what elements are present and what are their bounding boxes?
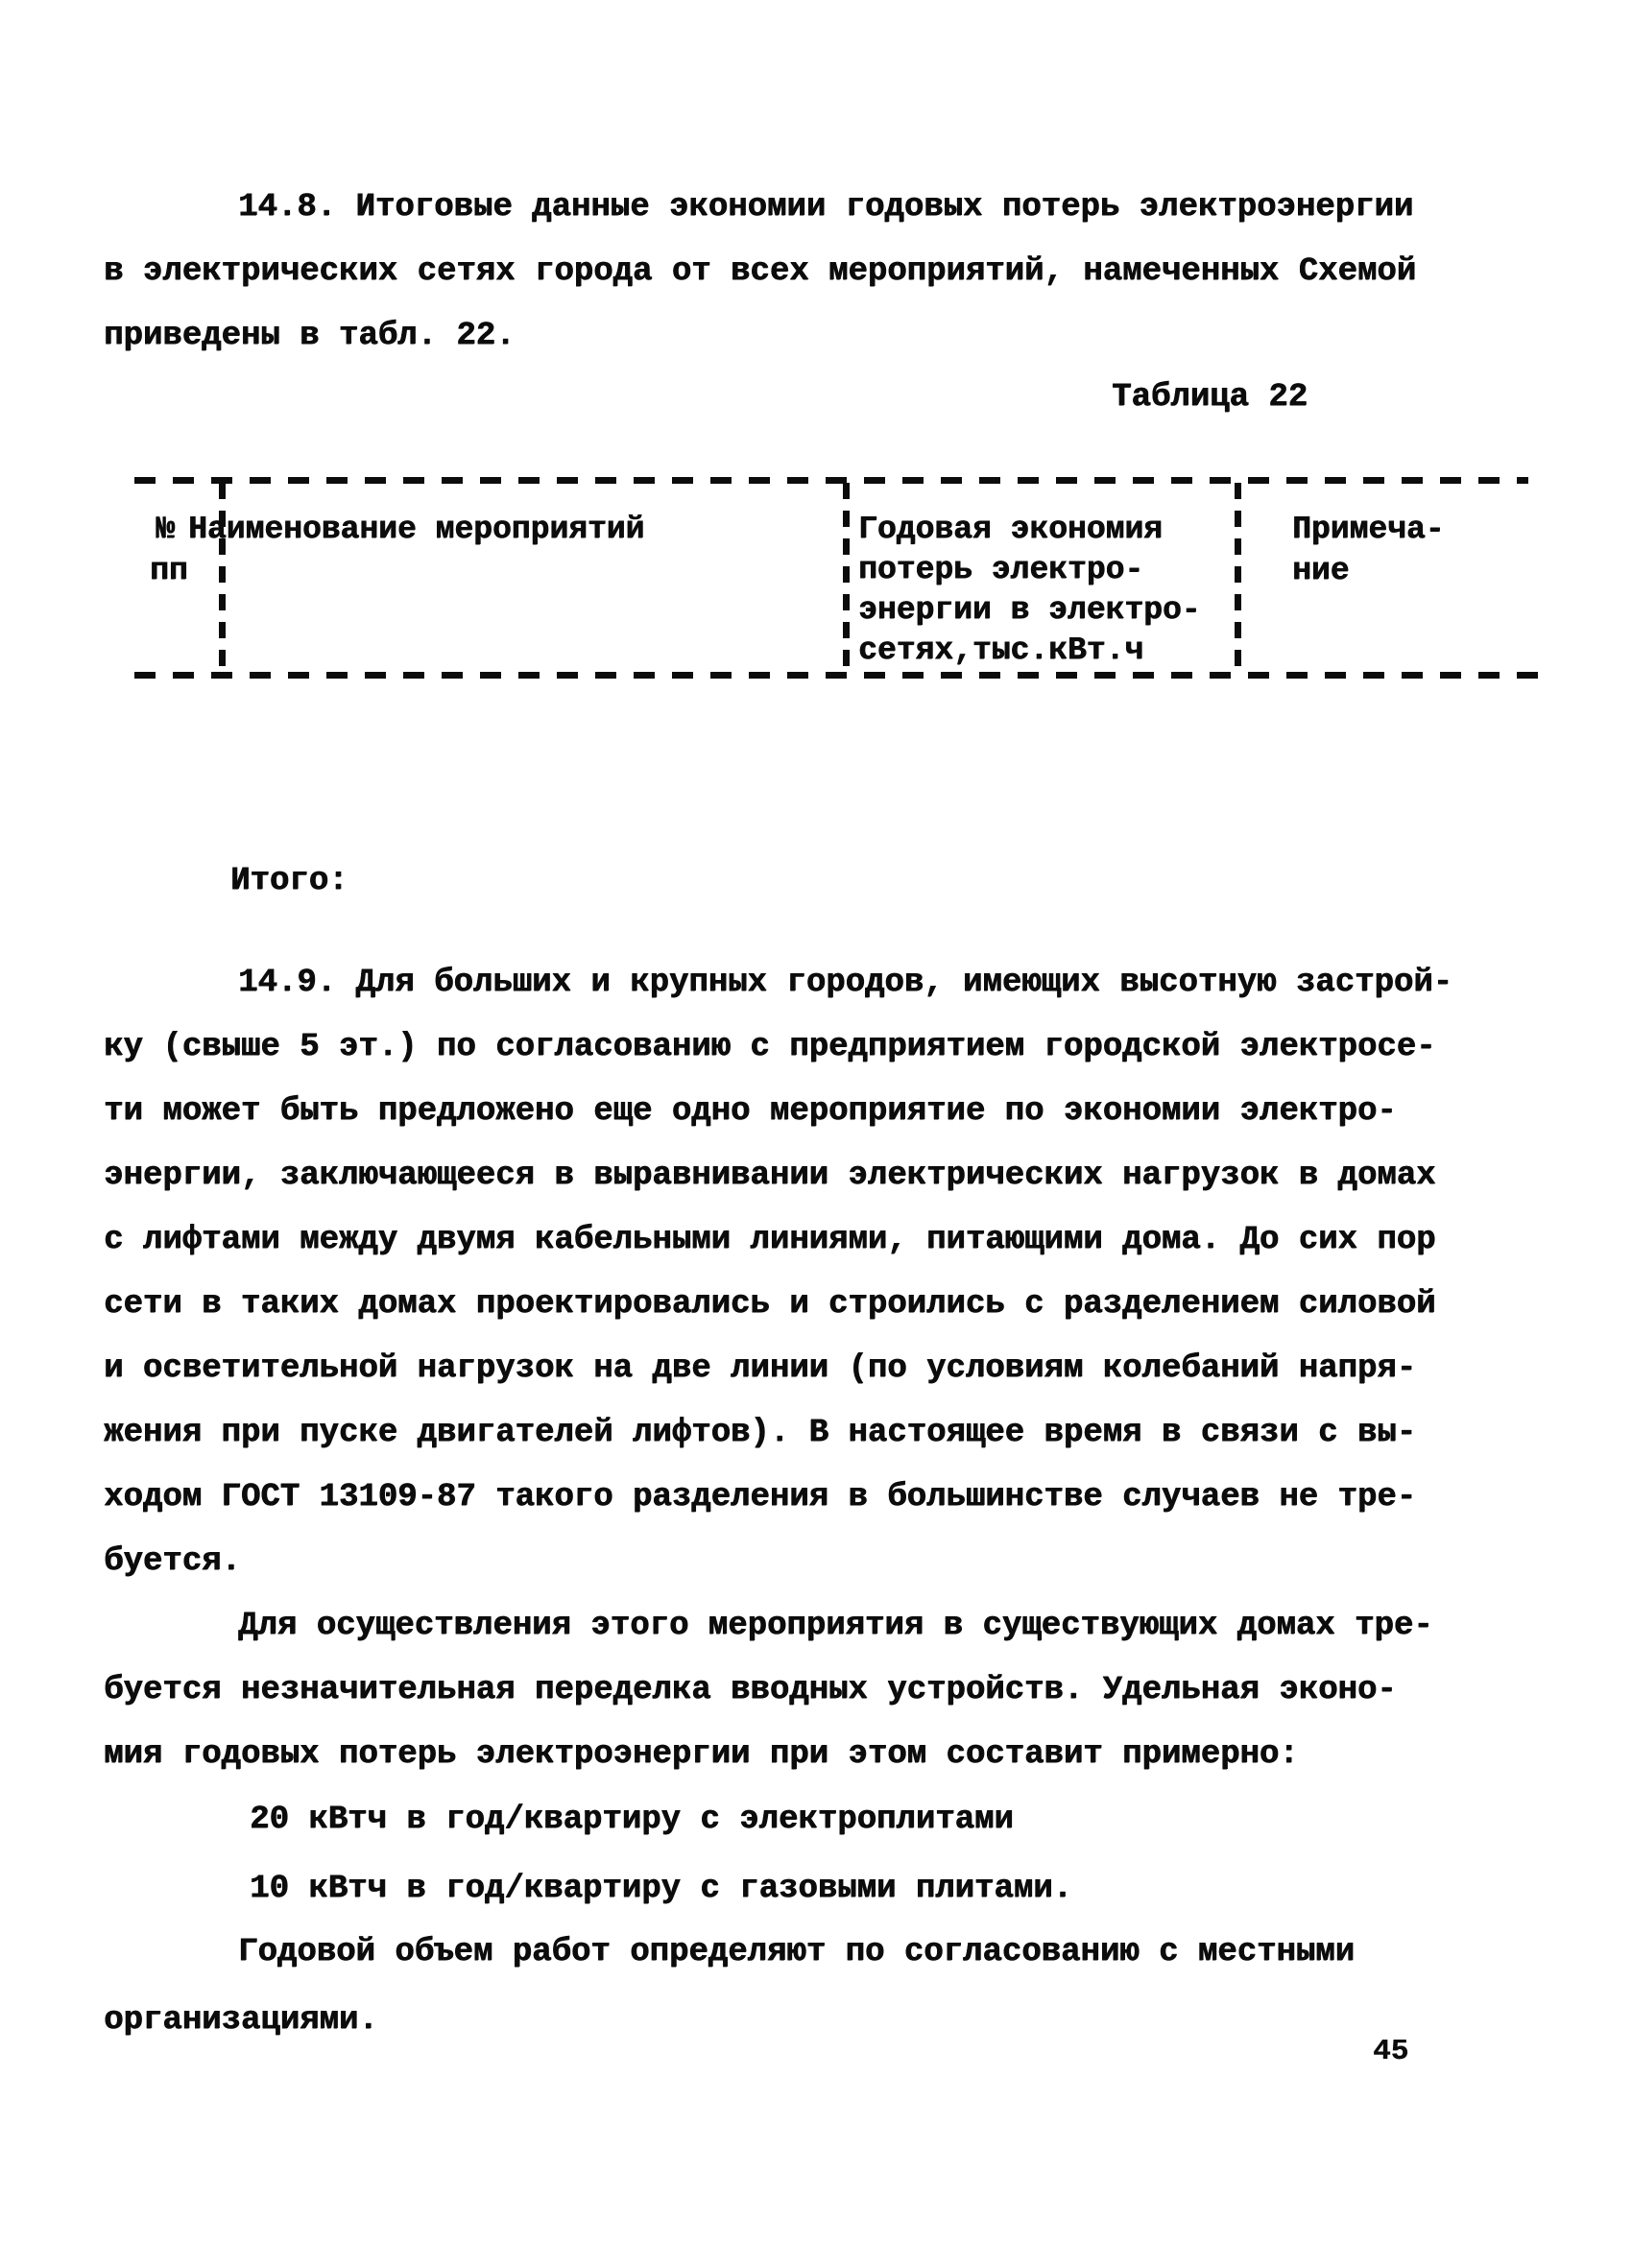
table-total-label: Итого:	[230, 862, 348, 900]
table-caption: Таблица 22	[1112, 378, 1308, 417]
paragraph-line: сети в таких домах проектировались и стр…	[104, 1285, 1435, 1324]
list-item: 20 кВтч в год/квартиру с электроплитами	[250, 1801, 1014, 1839]
paragraph-line: энергии, заключающееся в выравнивании эл…	[104, 1157, 1435, 1195]
paragraph-line: Для осуществления этого мероприятия в су…	[238, 1607, 1433, 1645]
paragraph-line: буется незначительная переделка вводных …	[104, 1671, 1397, 1709]
paragraph-line: ходом ГОСТ 13109-87 такого разделения в …	[104, 1478, 1416, 1516]
paragraph-line: ти может быть предложено еще одно меропр…	[104, 1092, 1397, 1131]
paragraph-line: жения при пуске двигателей лифтов). В на…	[104, 1414, 1416, 1452]
paragraph-line: ку (свыше 5 эт.) по согласованию с предп…	[104, 1028, 1435, 1066]
column-header-num: №	[156, 510, 175, 550]
document-page: 14.8. Итоговые данные экономии годовых п…	[0, 0, 1632, 2268]
column-header-num: пп	[150, 551, 188, 591]
paragraph-line: организациями.	[104, 2001, 378, 2040]
paragraph-line: приведены в табл. 22.	[104, 317, 515, 355]
table-border-bottom	[134, 672, 1538, 679]
column-header-savings: потерь электро-	[858, 550, 1143, 590]
page-number: 45	[1373, 2033, 1408, 2071]
paragraph-line: 14.9. Для больших и крупных городов, име…	[238, 964, 1452, 1002]
paragraph-line: буется.	[104, 1542, 241, 1581]
column-header-savings: энергии в электро-	[858, 590, 1200, 631]
column-header-savings: сетях,тыс.кВт.ч	[858, 631, 1143, 671]
table-divider-savings-note	[1235, 483, 1241, 677]
column-header-name: Наименование мероприятий	[188, 510, 644, 550]
paragraph-line: Годовой объем работ определяют по соглас…	[238, 1933, 1355, 1971]
paragraph-line: и осветительной нагрузок на две линии (п…	[104, 1349, 1416, 1388]
column-header-note: Примеча-	[1292, 510, 1444, 550]
column-header-savings: Годовая экономия	[858, 510, 1163, 550]
table-border-top	[134, 477, 1528, 484]
paragraph-line: с лифтами между двумя кабельными линиями…	[104, 1221, 1435, 1259]
column-header-note: ние	[1292, 551, 1349, 591]
paragraph-line: в электрических сетях города от всех мер…	[104, 252, 1416, 291]
table-divider-name-savings	[843, 483, 850, 675]
paragraph-line: 14.8. Итоговые данные экономии годовых п…	[238, 188, 1413, 227]
paragraph-line: мия годовых потерь электроэнергии при эт…	[104, 1735, 1299, 1774]
list-item: 10 кВтч в год/квартиру с газовыми плитам…	[250, 1870, 1072, 1908]
